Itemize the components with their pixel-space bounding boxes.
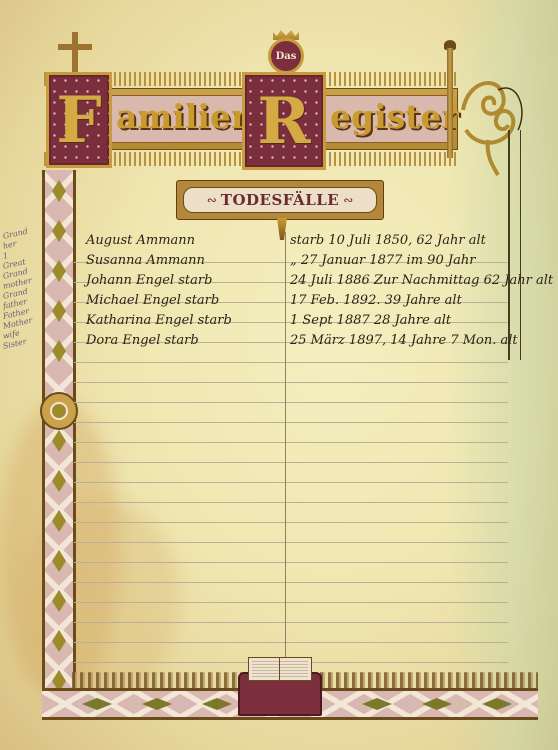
entry-death: starb 10 Juli 1850, 62 Jahr alt	[290, 233, 486, 248]
death-entries: August Ammann starb 10 Juli 1850, 62 Jah…	[86, 230, 556, 350]
entry-row: Johann Engel starb 24 Juli 1886 Zur Nach…	[86, 270, 556, 290]
register-page: F amilien R egister Das ∾ TODESFÄLLE ∾	[0, 0, 558, 750]
entry-row: August Ammann starb 10 Juli 1850, 62 Jah…	[86, 230, 556, 250]
title-word-familien: amilien	[116, 100, 255, 133]
entry-death: 1 Sept 1887 28 Jahre alt	[290, 313, 451, 328]
entry-row: Michael Engel starb 17 Feb. 1892. 39 Jah…	[86, 290, 556, 310]
entry-death: „ 27 Januar 1877 im 90 Jahr	[290, 253, 475, 268]
section-title: TODESFÄLLE	[221, 191, 339, 209]
entry-row: Katharina Engel starb 1 Sept 1887 28 Jah…	[86, 310, 556, 330]
cross-icon-bar	[58, 44, 92, 50]
das-medallion: Das	[268, 38, 304, 74]
entry-name: Dora Engel starb	[86, 333, 199, 348]
entry-death: 25 März 1897, 14 Jahre 7 Mon. alt	[290, 333, 518, 348]
entry-row: Susanna Ammann „ 27 Januar 1877 im 90 Ja…	[86, 250, 556, 270]
section-plaque: ∾ TODESFÄLLE ∾	[176, 180, 384, 220]
ornament-icon: ∾	[207, 193, 217, 207]
entry-death: 24 Juli 1886 Zur Nachmittag 62 Jahr alt	[290, 273, 553, 288]
title-word-register: egister	[330, 100, 459, 133]
open-bible-icon	[248, 657, 312, 681]
entry-death: 17 Feb. 1892. 39 Jahre alt	[290, 293, 462, 308]
scrollwork-ornament-icon	[458, 70, 528, 180]
margin-notes: Grand her 1 Great Grand mother Grand fat…	[2, 232, 40, 352]
entry-name: August Ammann	[86, 233, 195, 248]
entry-name: Susanna Ammann	[86, 253, 205, 268]
border-medallion-icon	[40, 392, 78, 430]
entry-name: Johann Engel starb	[86, 273, 212, 288]
entry-row: Dora Engel starb 25 März 1897, 14 Jahre …	[86, 330, 556, 350]
initial-r: R	[245, 75, 323, 167]
left-border	[42, 170, 76, 705]
candle-icon	[447, 48, 453, 158]
das-label: Das	[276, 51, 297, 62]
initial-r-box: R	[242, 72, 326, 170]
initial-f: F	[49, 75, 109, 165]
initial-f-box: F	[46, 72, 112, 168]
entry-name: Katharina Engel starb	[86, 313, 232, 328]
ornament-icon: ∾	[343, 193, 353, 207]
entry-name: Michael Engel starb	[86, 293, 219, 308]
